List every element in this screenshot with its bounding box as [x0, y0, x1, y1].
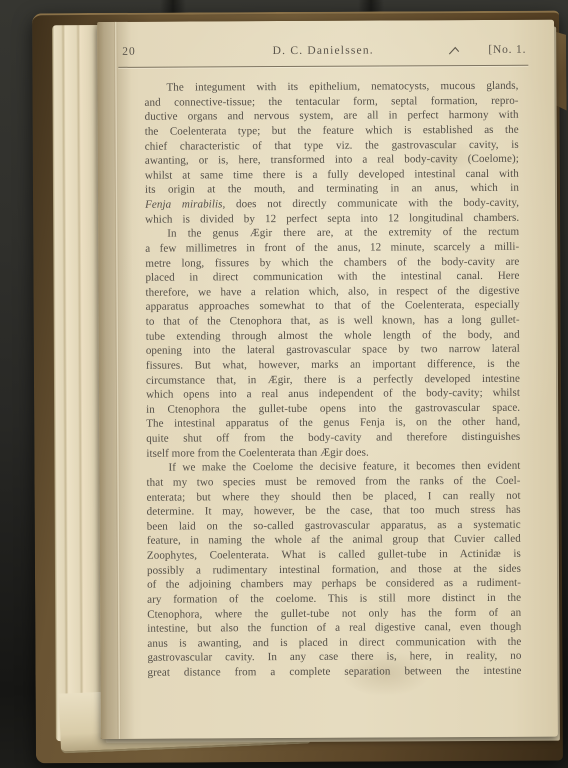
book: 20 D. C. Danielssen. [No. 1. The integum… [0, 0, 568, 768]
text-line: fissures. But what, however, marks an im… [146, 357, 520, 374]
text-line: the Coelenterata type; but the feature w… [145, 123, 519, 140]
text-line: awanting, or is, here, transformed into … [145, 152, 519, 169]
text-line: that my two species must be removed from… [146, 474, 520, 491]
printed-text-area: 20 D. C. Danielssen. [No. 1. The integum… [118, 42, 531, 681]
text-line: ary formation of the coelome. This is st… [147, 591, 521, 608]
page-body: The integument with its epithelium, nema… [144, 79, 521, 681]
text-line: The integument with its epithelium, nema… [144, 79, 518, 96]
text-line: Zoophytes, Coelenterata. What is called … [147, 547, 521, 564]
text-line: determine. It may, however, be the case,… [147, 503, 521, 520]
paragraph: The integument with its epithelium, nema… [144, 79, 519, 227]
text-line: to that of the Ctenophora that, as is we… [146, 313, 520, 330]
issue-number: [No. 1. [488, 44, 526, 56]
text-line: quite shut off from the body-cavity and … [146, 430, 520, 447]
header-rule [118, 65, 528, 68]
pen-mark-icon [448, 46, 460, 58]
page-header: 20 D. C. Danielssen. [No. 1. [118, 42, 528, 62]
text-line: which opens into a real anus independent… [146, 386, 520, 403]
text-line: Fenja mirabilis, does not directly commu… [145, 196, 519, 213]
text-line: great distance from a complete separatio… [147, 664, 521, 681]
text-line: a few millimetres in front of the anus, … [145, 240, 519, 257]
running-title: D. C. Danielssen. [118, 44, 528, 58]
paragraph: In the genus Ægir there are, at the extr… [145, 225, 520, 461]
text-line: placed in direct communication with the … [145, 269, 519, 286]
book-page: 20 D. C. Danielssen. [No. 1. The integum… [97, 20, 558, 739]
photo-scene: 20 D. C. Danielssen. [No. 1. The integum… [0, 0, 568, 768]
text-line: intestine, but also the function of a re… [147, 620, 521, 637]
paragraph: If we make the Coelome the decisive feat… [146, 459, 521, 680]
